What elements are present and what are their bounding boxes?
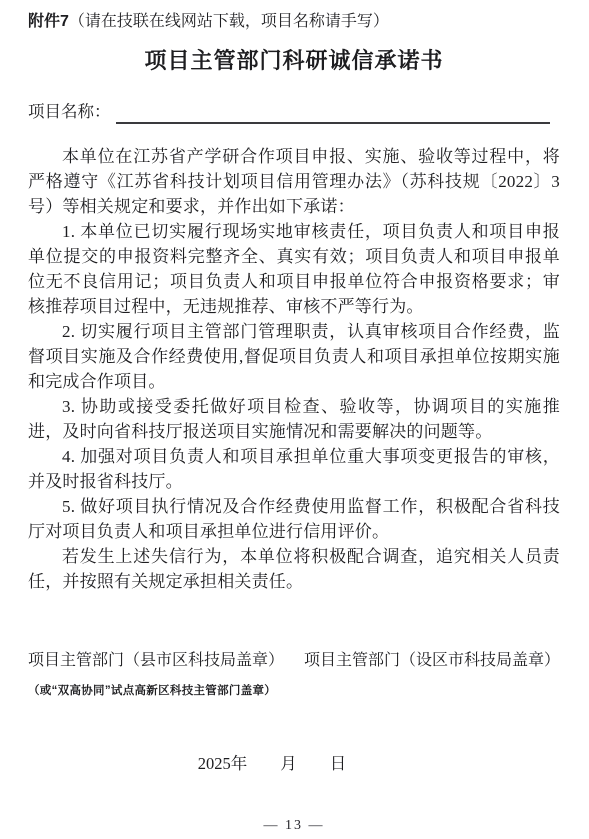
signature-note: （或“双高协同”试点高新区科技主管部门盖章） <box>28 682 560 698</box>
document-title: 项目主管部门科研诚信承诺书 <box>28 46 560 76</box>
paragraph-item-2: 2. 切实履行项目主管部门管理职责，认真审核项目合作经费，监督项目实施及合作经费… <box>28 319 560 394</box>
commitment-body: 本单位在江苏省产学研合作项目申报、实施、验收等过程中，将严格遵守《江苏省科技计划… <box>28 144 560 594</box>
date-line: 2025年 月 日 <box>28 752 560 776</box>
signature-left-label: 项目主管部门（县市区科技局盖章） <box>28 650 284 672</box>
page-number: — 13 — <box>28 818 560 834</box>
paragraph-intro: 本单位在江苏省产学研合作项目申报、实施、验收等过程中，将严格遵守《江苏省科技计划… <box>28 144 560 219</box>
document-page: 附件7（请在技联在线网站下载，项目名称请手写） 项目主管部门科研诚信承诺书 项目… <box>0 0 589 839</box>
paragraph-item-3: 3. 协助或接受委托做好项目检查、验收等，协调项目的实施推进，及时向省科技厅报送… <box>28 394 560 444</box>
signature-right-label: 项目主管部门（设区市科技局盖章） <box>304 650 560 672</box>
project-name-blank-line <box>116 100 551 124</box>
paragraph-item-4: 4. 加强对项目负责人和项目承担单位重大事项变更报告的审核，并及时报省科技厅。 <box>28 444 560 494</box>
attachment-label: 附件7 <box>28 13 69 30</box>
project-name-label: 项目名称： <box>28 100 111 124</box>
attachment-note: （请在技联在线网站下载，项目名称请手写） <box>69 13 389 30</box>
project-name-row: 项目名称： <box>28 100 560 124</box>
paragraph-item-5: 5. 做好项目执行情况及合作经费使用监督工作，积极配合省科技厅对项目负责人和项目… <box>28 494 560 544</box>
attachment-header: 附件7（请在技联在线网站下载，项目名称请手写） <box>28 10 560 34</box>
paragraph-closing: 若发生上述失信行为，本单位将积极配合调查，追究相关人员责任，并按照有关规定承担相… <box>28 544 560 594</box>
signature-row: 项目主管部门（县市区科技局盖章） 项目主管部门（设区市科技局盖章） <box>28 650 560 672</box>
paragraph-item-1: 1. 本单位已切实履行现场实地审核责任，项目负责人和项目申报单位提交的申报资料完… <box>28 219 560 319</box>
